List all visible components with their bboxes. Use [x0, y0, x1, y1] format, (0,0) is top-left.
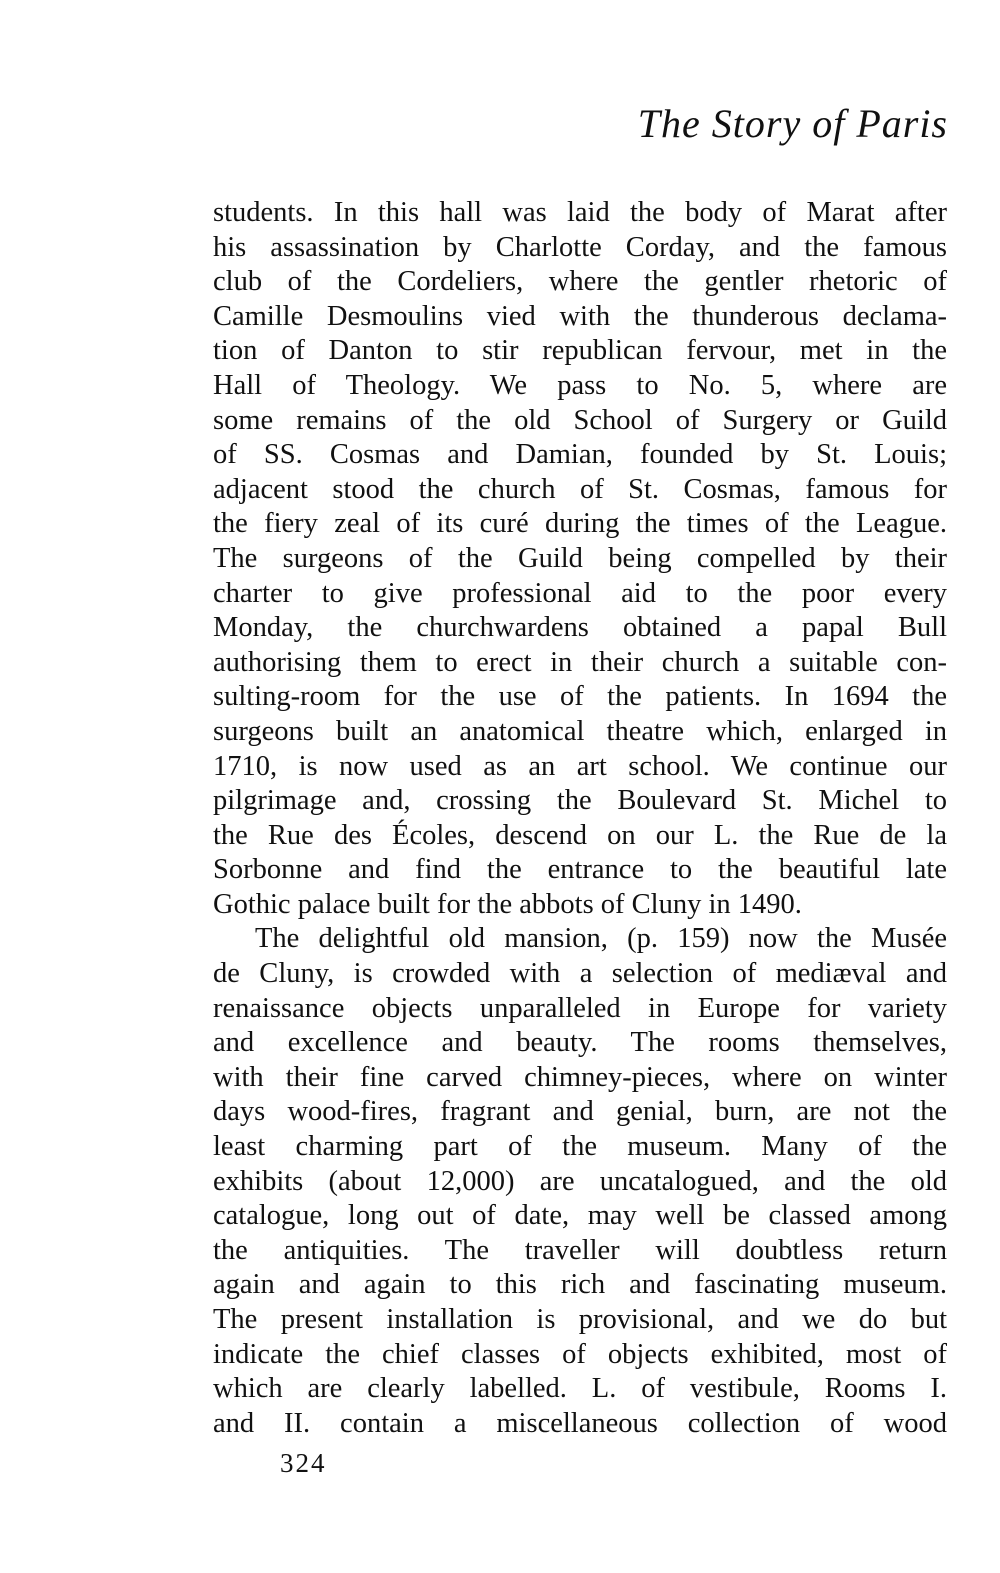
text-line: students. In this hall was laid the body…: [213, 196, 947, 231]
text-line: exhibits (about 12,000) are uncatalogued…: [213, 1165, 947, 1200]
text-line: adjacent stood the church of St. Cosmas,…: [213, 473, 947, 508]
paragraph: students. In this hall was laid the body…: [213, 196, 947, 922]
text-line: some remains of the old School of Surger…: [213, 404, 947, 439]
text-line: Camille Desmoulins vied with the thunder…: [213, 300, 947, 335]
text-line: Gothic palace built for the abbots of Cl…: [213, 888, 947, 923]
text-line: 1710, is now used as an art school. We c…: [213, 750, 947, 785]
text-line: sulting-room for the use of the patients…: [213, 680, 947, 715]
text-line: Monday, the churchwardens obtained a pap…: [213, 611, 947, 646]
page-number: 324: [280, 1448, 327, 1479]
body-text: students. In this hall was laid the body…: [213, 196, 947, 1441]
text-line: surgeons built an anatomical theatre whi…: [213, 715, 947, 750]
text-line: tion of Danton to stir republican fervou…: [213, 334, 947, 369]
text-line: pilgrimage and, crossing the Boulevard S…: [213, 784, 947, 819]
text-line: club of the Cordeliers, where the gentle…: [213, 265, 947, 300]
text-line: least charming part of the museum. Many …: [213, 1130, 947, 1165]
text-line: with their fine carved chimney-pieces, w…: [213, 1061, 947, 1096]
text-line: Hall of Theology. We pass to No. 5, wher…: [213, 369, 947, 404]
running-head: The Story of Paris: [638, 104, 948, 144]
text-line: de Cluny, is crowded with a selection of…: [213, 957, 947, 992]
text-line: the Rue des Écoles, descend on our L. th…: [213, 819, 947, 854]
text-line: Sorbonne and find the entrance to the be…: [213, 853, 947, 888]
text-line: catalogue, long out of date, may well be…: [213, 1199, 947, 1234]
text-line: The present installation is provisional,…: [213, 1303, 947, 1338]
paragraph: The delightful old mansion, (p. 159) now…: [213, 922, 947, 1441]
text-line: The surgeons of the Guild being compelle…: [213, 542, 947, 577]
text-line: renaissance objects unparalleled in Euro…: [213, 992, 947, 1027]
text-line: The delightful old mansion, (p. 159) now…: [213, 922, 947, 957]
text-line: indicate the chief classes of objects ex…: [213, 1338, 947, 1373]
text-line: which are clearly labelled. L. of vestib…: [213, 1372, 947, 1407]
text-line: and excellence and beauty. The rooms the…: [213, 1026, 947, 1061]
text-line: authorising them to erect in their churc…: [213, 646, 947, 681]
text-line: days wood-fires, fragrant and genial, bu…: [213, 1095, 947, 1130]
text-line: and II. contain a miscellaneous collecti…: [213, 1407, 947, 1442]
text-line: the antiquities. The traveller will doub…: [213, 1234, 947, 1269]
text-line: charter to give professional aid to the …: [213, 577, 947, 612]
text-line: the fiery zeal of its curé during the ti…: [213, 507, 947, 542]
text-line: his assassination by Charlotte Corday, a…: [213, 231, 947, 266]
text-line: again and again to this rich and fascina…: [213, 1268, 947, 1303]
text-line: of SS. Cosmas and Damian, founded by St.…: [213, 438, 947, 473]
